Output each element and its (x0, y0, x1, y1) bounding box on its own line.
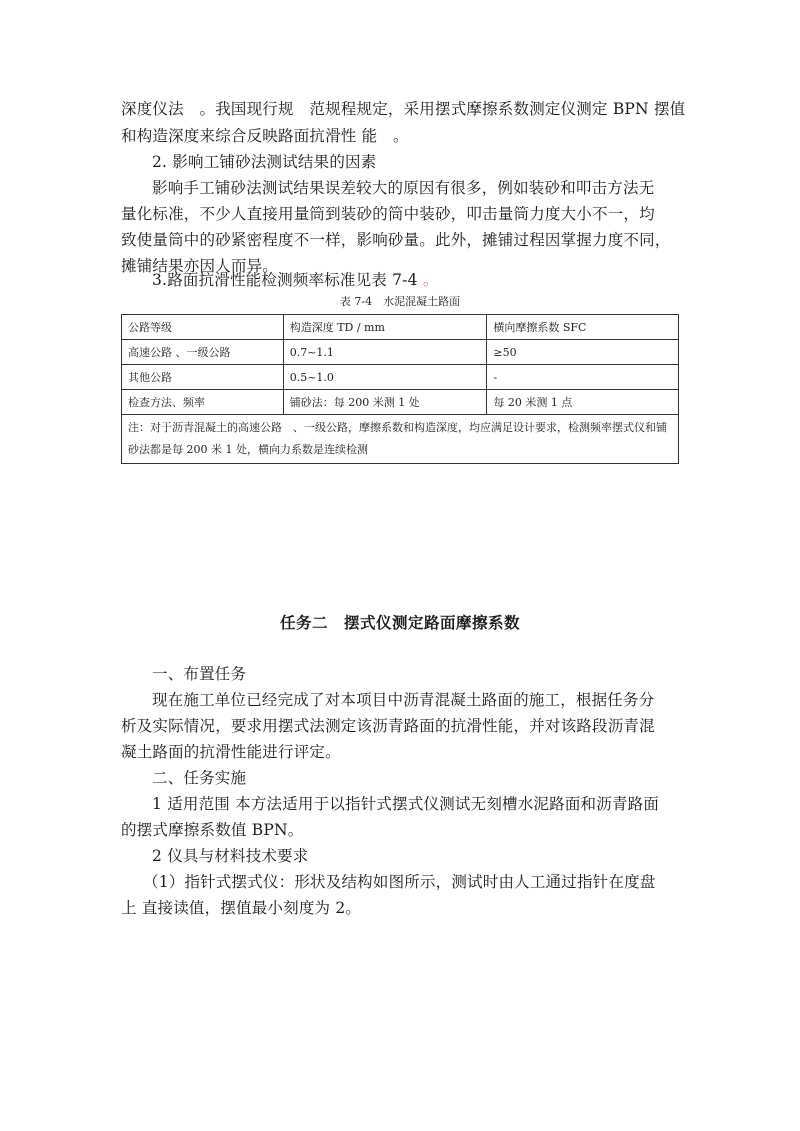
paragraph-line: 上 直接读值，摆值最小刻度为 2。 (121, 898, 361, 918)
paragraph-line: 的摆式摩擦系数值 BPN。 (121, 820, 303, 840)
table-row: 其他公路 0.5~1.0 - (122, 365, 679, 390)
table-header-cell: 公路等级 (122, 315, 284, 340)
table-header-cell: 横向摩擦系数 SFC (487, 315, 679, 340)
table-cell: 检查方法、频率 (122, 390, 284, 415)
table-note: 注：对于沥青混凝土的高速公路 、一级公路，摩擦系数和构造深度，均应满足设计要求，… (122, 415, 679, 464)
part-heading: 二、任务实施 (152, 768, 246, 788)
table-note-row: 注：对于沥青混凝土的高速公路 、一级公路，摩擦系数和构造深度，均应满足设计要求，… (122, 415, 679, 464)
table-cell: 每 20 米测 1 点 (487, 390, 679, 415)
table-cell: 0.5~1.0 (283, 365, 487, 390)
table-cell: 高速公路 、一级公路 (122, 340, 284, 365)
task-title: 任务二 摆式仪测定路面摩擦系数 (0, 611, 800, 633)
table-header-cell: 构造深度 TD / mm (283, 315, 487, 340)
paragraph-line: 深度仪法 。我国现行规 范规程规定，采用摆式摩擦系数测定仪测定 BPN 摆值 (121, 99, 685, 119)
paragraph-line: 影响手工铺砂法测试结果误差较大的原因有很多，例如装砂和叩击方法无 (152, 178, 654, 198)
red-period: 。 (423, 271, 439, 289)
section-heading: 3.路面抗滑性能检测频率标准见表 7-4 。 (152, 270, 439, 290)
spec-table: 公路等级 构造深度 TD / mm 横向摩擦系数 SFC 高速公路 、一级公路 … (121, 314, 679, 464)
table-cell: 0.7~1.1 (283, 340, 487, 365)
paragraph-line: 凝土路面的抗滑性能进行评定。 (121, 742, 341, 762)
paragraph-line: 现在施工单位已经完成了对本项目中沥青混凝土路面的施工，根据任务分 (152, 690, 654, 710)
section-heading-text: 3.路面抗滑性能检测频率标准见表 7-4 (152, 271, 423, 289)
section-heading: 2. 影响工铺砂法测试结果的因素 (152, 152, 376, 172)
part-heading: 一、布置任务 (152, 664, 246, 684)
table-cell: ≥50 (487, 340, 679, 365)
paragraph-line: 1 适用范围 本方法适用于以指针式摆式仪测试无刻槽水泥路面和沥青路面 (152, 794, 659, 814)
table-row: 高速公路 、一级公路 0.7~1.1 ≥50 (122, 340, 679, 365)
paragraph-line: 量化标准，不少人直接用量筒到装砂的筒中装砂，叩击量筒力度大小不一，均 (121, 204, 655, 224)
item-heading: 2 仪具与材料技术要求 (152, 846, 309, 866)
table-cell: 铺砂法：每 200 米测 1 处 (283, 390, 487, 415)
paragraph-line: 析及实际情况，要求用摆式法测定该沥青路面的抗滑性能，并对该路段沥青混 (121, 716, 655, 736)
table-cell: - (487, 365, 679, 390)
table-cell: 其他公路 (122, 365, 284, 390)
paragraph-line: 和构造深度来综合反映路面抗滑性 能 。 (121, 126, 409, 146)
paragraph-line: （1）指针式摆式仪：形状及结构如图所示，测试时由人工通过指针在度盘 (143, 872, 655, 892)
table-header-row: 公路等级 构造深度 TD / mm 横向摩擦系数 SFC (122, 315, 679, 340)
paragraph-line: 致使量筒中的砂紧密程度不一样，影响砂量。此外，摊铺过程因掌握力度不同， (121, 230, 671, 250)
table-row: 检查方法、频率 铺砂法：每 200 米测 1 处 每 20 米测 1 点 (122, 390, 679, 415)
table-caption: 表 7-4 水泥混凝土路面 (0, 293, 800, 309)
